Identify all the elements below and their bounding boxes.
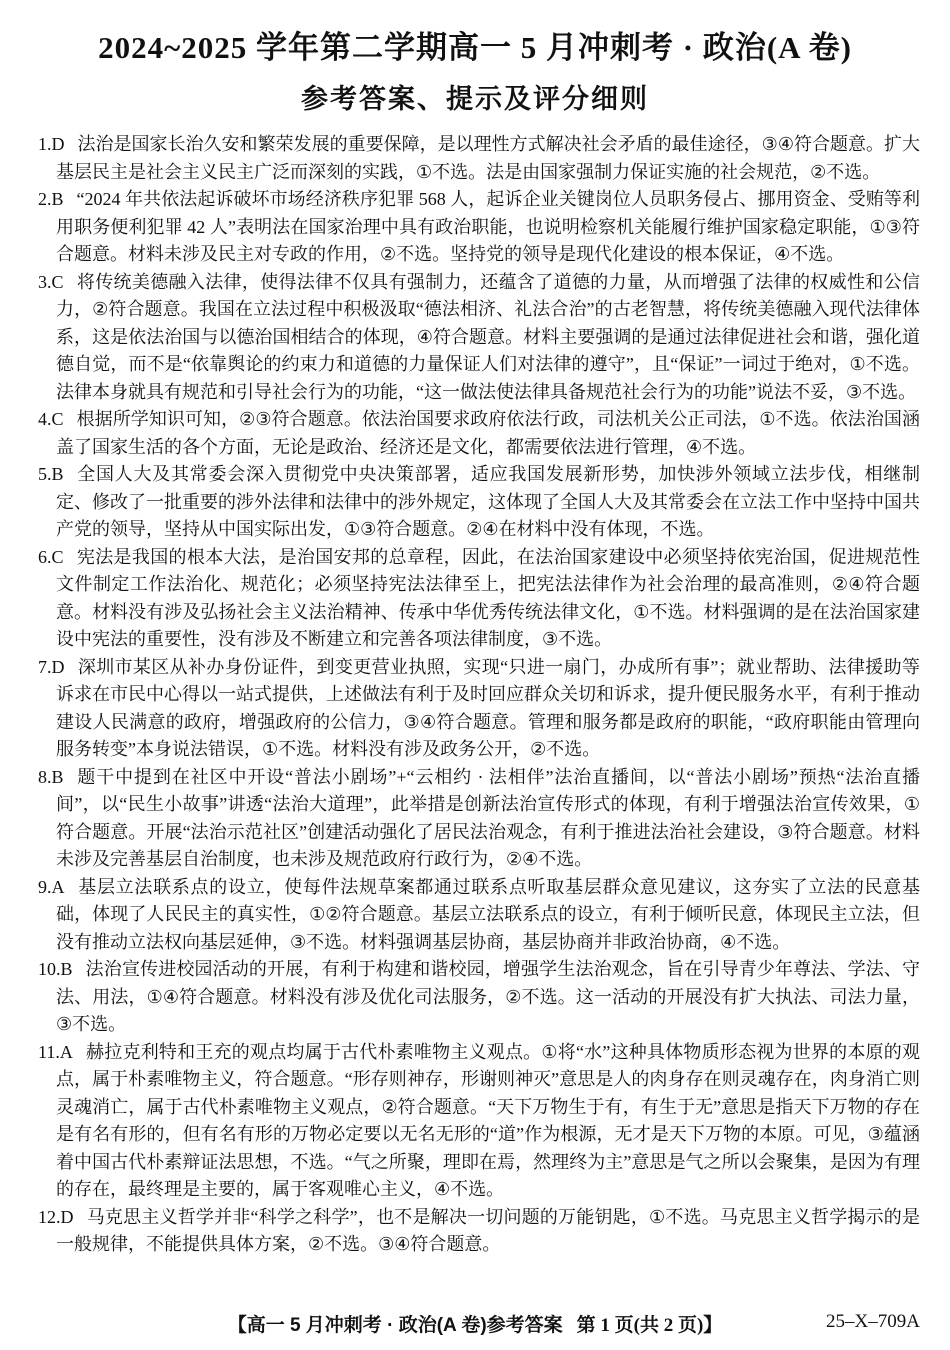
page-subtitle: 参考答案、提示及评分细则 xyxy=(0,77,950,116)
page-footer: 【高一 5 月冲刺考 · 政治(A 卷)参考答案第 1 页(共 2 页)】 25… xyxy=(0,1310,950,1340)
answer-text: 法治是国家长治久安和繁荣发展的重要保障，是以理性方式解决社会矛盾的最佳途径，③④… xyxy=(56,134,920,182)
answer-number: 10.B xyxy=(38,959,73,979)
answer-item-7: 7.D深圳市某区从补办身份证件，到变更营业执照，实现“只进一扇门，办成所有事”；… xyxy=(38,654,920,764)
exam-answer-sheet-page: 2024~2025 学年第二学期高一 5 月冲刺考 · 政治(A 卷) 参考答案… xyxy=(0,0,950,1350)
answer-number: 11.A xyxy=(38,1042,73,1062)
answer-text: “2024 年共依法起诉破坏市场经济秩序犯罪 568 人，起诉企业关键岗位人员职… xyxy=(56,189,920,264)
answer-number: 9.A xyxy=(38,877,65,897)
page-title: 2024~2025 学年第二学期高一 5 月冲刺考 · 政治(A 卷) xyxy=(0,0,950,67)
footer-caption: 【高一 5 月冲刺考 · 政治(A 卷)参考答案第 1 页(共 2 页)】 xyxy=(0,1310,950,1337)
answer-item-12: 12.D马克思主义哲学并非“科学之科学”，也不是解决一切问题的万能钥匙，①不选。… xyxy=(38,1204,920,1259)
answer-text: 深圳市某区从补办身份证件，到变更营业执照，实现“只进一扇门，办成所有事”；就业帮… xyxy=(56,657,920,760)
footer-page-number: 第 1 页(共 2 页)】 xyxy=(577,1315,723,1336)
answer-item-4: 4.C根据所学知识可知，②③符合题意。依法治国要求政府依法行政，司法机关公正司法… xyxy=(38,406,920,461)
answer-number: 5.B xyxy=(38,464,64,484)
answer-text: 将传统美德融入法律，使得法律不仅具有强制力，还蕴含了道德的力量，从而增强了法律的… xyxy=(56,272,920,402)
answer-item-10: 10.B法治宣传进校园活动的开展，有利于构建和谐校园，增强学生法治观念，旨在引导… xyxy=(38,956,920,1039)
answer-text: 法治宣传进校园活动的开展，有利于构建和谐校园，增强学生法治观念，旨在引导青少年尊… xyxy=(56,959,920,1034)
paper-code: 25–X–709A xyxy=(826,1311,920,1333)
answer-number: 8.B xyxy=(38,767,64,787)
answers-list: 1.D法治是国家长治久安和繁荣发展的重要保障，是以理性方式解决社会矛盾的最佳途径… xyxy=(38,131,920,1259)
answer-number: 2.B xyxy=(38,189,64,209)
answer-item-9: 9.A基层立法联系点的设立，使每件法规草案都通过联系点听取基层群众意见建议，这夯… xyxy=(38,874,920,957)
answer-text: 题干中提到在社区中开设“普法小剧场”+“云相约 · 法相伴”法治直播间，以“普法… xyxy=(56,767,920,870)
answer-item-1: 1.D法治是国家长治久安和繁荣发展的重要保障，是以理性方式解决社会矛盾的最佳途径… xyxy=(38,131,920,186)
answer-number: 6.C xyxy=(38,547,64,567)
answer-text: 全国人大及其常委会深入贯彻党中央决策部署，适应我国发展新形势，加快涉外领域立法步… xyxy=(56,464,920,539)
answer-number: 4.C xyxy=(38,409,64,429)
answer-item-6: 6.C宪法是我国的根本大法，是治国安邦的总章程，因此，在法治国家建设中必须坚持依… xyxy=(38,544,920,654)
answer-text: 基层立法联系点的设立，使每件法规草案都通过联系点听取基层群众意见建议，这夯实了立… xyxy=(56,877,920,952)
answer-text: 赫拉克利特和王充的观点均属于古代朴素唯物主义观点。①将“水”这种具体物质形态视为… xyxy=(56,1042,920,1200)
answer-text: 宪法是我国的根本大法，是治国安邦的总章程，因此，在法治国家建设中必须坚持依宪治国… xyxy=(56,547,920,650)
answer-item-8: 8.B题干中提到在社区中开设“普法小剧场”+“云相约 · 法相伴”法治直播间，以… xyxy=(38,764,920,874)
answer-text: 根据所学知识可知，②③符合题意。依法治国要求政府依法行政，司法机关公正司法，①不… xyxy=(56,409,920,457)
answer-item-5: 5.B全国人大及其常委会深入贯彻党中央决策部署，适应我国发展新形势，加快涉外领域… xyxy=(38,461,920,544)
answer-number: 1.D xyxy=(38,134,65,154)
answer-item-2: 2.B“2024 年共依法起诉破坏市场经济秩序犯罪 568 人，起诉企业关键岗位… xyxy=(38,186,920,269)
answer-text: 马克思主义哲学并非“科学之科学”，也不是解决一切问题的万能钥匙，①不选。马克思主… xyxy=(56,1207,920,1255)
answer-number: 12.D xyxy=(38,1207,74,1227)
footer-paper-name: 【高一 5 月冲刺考 · 政治(A 卷)参考答案 xyxy=(228,1315,563,1336)
answer-item-11: 11.A赫拉克利特和王充的观点均属于古代朴素唯物主义观点。①将“水”这种具体物质… xyxy=(38,1039,920,1204)
answer-item-3: 3.C将传统美德融入法律，使得法律不仅具有强制力，还蕴含了道德的力量，从而增强了… xyxy=(38,269,920,407)
answer-number: 7.D xyxy=(38,657,65,677)
answer-number: 3.C xyxy=(38,272,64,292)
